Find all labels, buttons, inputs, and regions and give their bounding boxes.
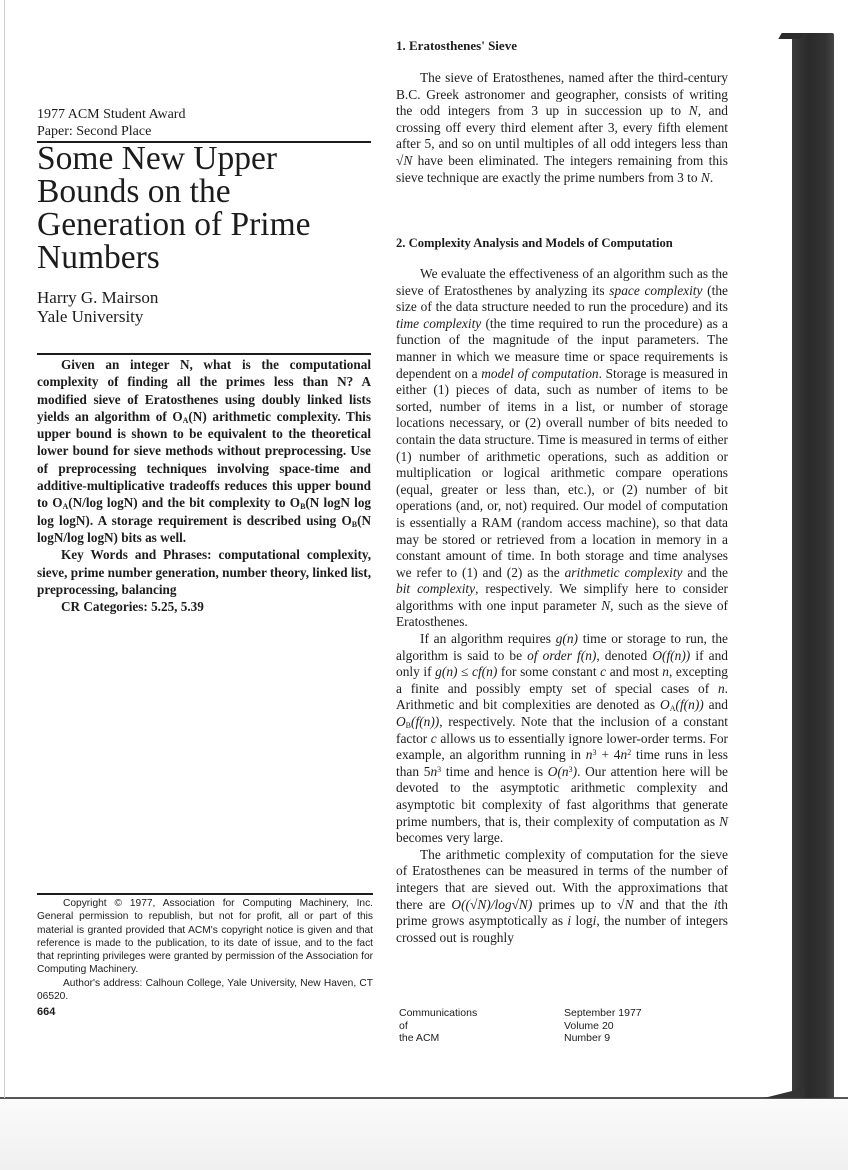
copyright-top-rule: [37, 893, 373, 895]
section-1-heading: 1. Eratosthenes' Sieve: [396, 38, 736, 54]
title-line: Generation of Prime: [37, 208, 367, 241]
paragraph: The sieve of Eratosthenes, named after t…: [396, 70, 728, 186]
scan-background-below-page: [0, 1098, 848, 1170]
issue-date: September 1977: [564, 1007, 642, 1020]
title-line: Some New Upper: [37, 142, 367, 175]
award-place: Paper: Second Place: [37, 123, 357, 140]
abstract: Given an integer N, what is the computat…: [37, 356, 371, 615]
cr-categories: CR Categories: 5.25, 5.39: [37, 598, 371, 615]
keywords: Key Words and Phrases: computational com…: [37, 546, 371, 598]
abstract-top-rule: [37, 353, 371, 355]
section-2-heading: 2. Complexity Analysis and Models of Com…: [396, 236, 736, 251]
page-bottom-edge: [0, 1097, 848, 1099]
scan-binding-shadow: [792, 33, 834, 1098]
page-number: 664: [37, 1006, 55, 1018]
section-1-body: The sieve of Eratosthenes, named after t…: [396, 70, 728, 186]
volume: Volume 20: [564, 1020, 642, 1033]
copyright-text: Copyright © 1977, Association for Comput…: [37, 897, 373, 977]
journal-name: Communications of the ACM: [399, 1007, 477, 1045]
paragraph: The arithmetic complexity of computation…: [396, 847, 728, 947]
copyright-notice: Copyright © 1977, Association for Comput…: [37, 897, 373, 1003]
journal-line: the ACM: [399, 1032, 477, 1045]
title-line: Numbers: [37, 241, 367, 274]
journal-line: Communications: [399, 1007, 477, 1020]
author-address: Author's address: Calhoun College, Yale …: [37, 977, 373, 1004]
author-affiliation: Yale University: [37, 307, 357, 326]
paper-title: Some New Upper Bounds on the Generation …: [37, 142, 367, 274]
issue-number: Number 9: [564, 1032, 642, 1045]
paragraph: We evaluate the effectiveness of an algo…: [396, 266, 728, 631]
award-label: 1977 ACM Student Award Paper: Second Pla…: [37, 106, 357, 140]
issue-info: September 1977 Volume 20 Number 9: [564, 1007, 642, 1045]
paragraph: If an algorithm requires g(n) time or st…: [396, 631, 728, 847]
page-left-edge: [4, 0, 5, 1098]
award-line: 1977 ACM Student Award: [37, 106, 357, 123]
abstract-text: Given an integer N, what is the computat…: [37, 356, 371, 546]
journal-line: of: [399, 1020, 477, 1033]
title-line: Bounds on the: [37, 175, 367, 208]
author-name: Harry G. Mairson: [37, 288, 357, 307]
author-block: Harry G. Mairson Yale University: [37, 288, 357, 326]
section-2-body: We evaluate the effectiveness of an algo…: [396, 266, 728, 946]
